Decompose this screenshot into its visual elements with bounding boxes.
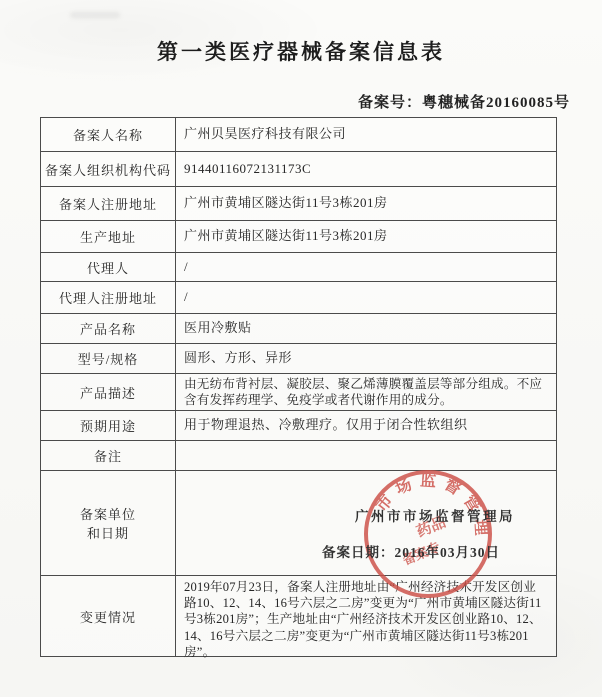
row-label: 预期用途 — [41, 411, 176, 440]
table-row: 型号/规格 圆形、方形、异形 — [41, 344, 556, 374]
row-label: 代理人 — [41, 253, 176, 281]
filing-unit-label-line2: 和日期 — [80, 523, 136, 542]
change-row: 变更情况 2019年07月23日，备案人注册地址由“广州经济技术开发区创业路10… — [41, 576, 556, 656]
row-value: 91440116072131173C — [176, 152, 556, 186]
row-label: 备案人名称 — [41, 118, 176, 151]
table-row: 产品名称 医用冷敷贴 — [41, 314, 556, 344]
table-row: 产品描述 由无纺布背衬层、凝胶层、聚乙烯薄膜覆盖层等部分组成。不应含有发挥药理学… — [41, 374, 556, 411]
change-value: 2019年07月23日，备案人注册地址由“广州经济技术开发区创业路10、12、1… — [176, 576, 556, 656]
row-value: 广州市黄埔区隧达街11号3栋201房 — [176, 221, 556, 252]
table-row: 备案人注册地址 广州市黄埔区隧达街11号3栋201房 — [41, 187, 556, 221]
row-value: 广州贝昊医疗科技有限公司 — [176, 118, 556, 151]
table-row: 预期用途 用于物理退热、冷敷理疗。仅用于闭合性软组织 — [41, 411, 556, 441]
filing-date: 备案日期：2016年03月30日 — [322, 545, 500, 562]
row-label: 备案人组织机构代码 — [41, 152, 176, 186]
table-row: 代理人注册地址 / — [41, 282, 556, 314]
filing-unit-cell: 广州市市场监督管理局 备案日期：2016年03月30日 — [176, 471, 556, 575]
row-label: 产品名称 — [41, 314, 176, 343]
row-value: 医用冷敷贴 — [176, 314, 556, 343]
row-value: 圆形、方形、异形 — [176, 344, 556, 373]
row-label: 备注 — [41, 441, 176, 470]
row-label: 代理人注册地址 — [41, 282, 176, 313]
page-title: 第一类医疗器械备案信息表 — [0, 36, 602, 66]
table-row: 备注 — [41, 441, 556, 471]
filing-info-table: 备案人名称 广州贝昊医疗科技有限公司 备案人组织机构代码 91440116072… — [40, 117, 557, 657]
row-label: 型号/规格 — [41, 344, 176, 373]
row-value — [176, 441, 556, 470]
row-value: 广州市黄埔区隧达街11号3栋201房 — [176, 187, 556, 220]
filing-unit-row: 备案单位 和日期 广州市市场监督管理局 备案日期：2016年03月30日 — [41, 471, 556, 576]
row-value: / — [176, 282, 556, 313]
table-row: 代理人 / — [41, 253, 556, 282]
filing-unit-label-line1: 备案单位 — [80, 504, 136, 523]
row-value: 由无纺布背衬层、凝胶层、聚乙烯薄膜覆盖层等部分组成。不应含有发挥药理学、免疫学或… — [176, 374, 556, 410]
table-row: 备案人组织机构代码 91440116072131173C — [41, 152, 556, 187]
row-label: 备案单位 和日期 — [41, 471, 176, 575]
scanned-form-page: 第一类医疗器械备案信息表 备案号：粤穗械备20160085号 备案人名称 广州贝… — [0, 0, 602, 697]
row-label: 生产地址 — [41, 221, 176, 252]
row-label: 备案人注册地址 — [41, 187, 176, 220]
filing-authority: 广州市市场监督管理局 — [355, 509, 515, 526]
row-label: 变更情况 — [41, 576, 176, 656]
row-value: 用于物理退热、冷敷理疗。仅用于闭合性软组织 — [176, 411, 556, 440]
row-value: / — [176, 253, 556, 281]
filing-number: 备案号：粤穗械备20160085号 — [0, 91, 570, 112]
table-row: 生产地址 广州市黄埔区隧达街11号3栋201房 — [41, 221, 556, 253]
scan-smudge — [70, 12, 120, 18]
row-label: 产品描述 — [41, 374, 176, 410]
table-row: 备案人名称 广州贝昊医疗科技有限公司 — [41, 118, 556, 152]
